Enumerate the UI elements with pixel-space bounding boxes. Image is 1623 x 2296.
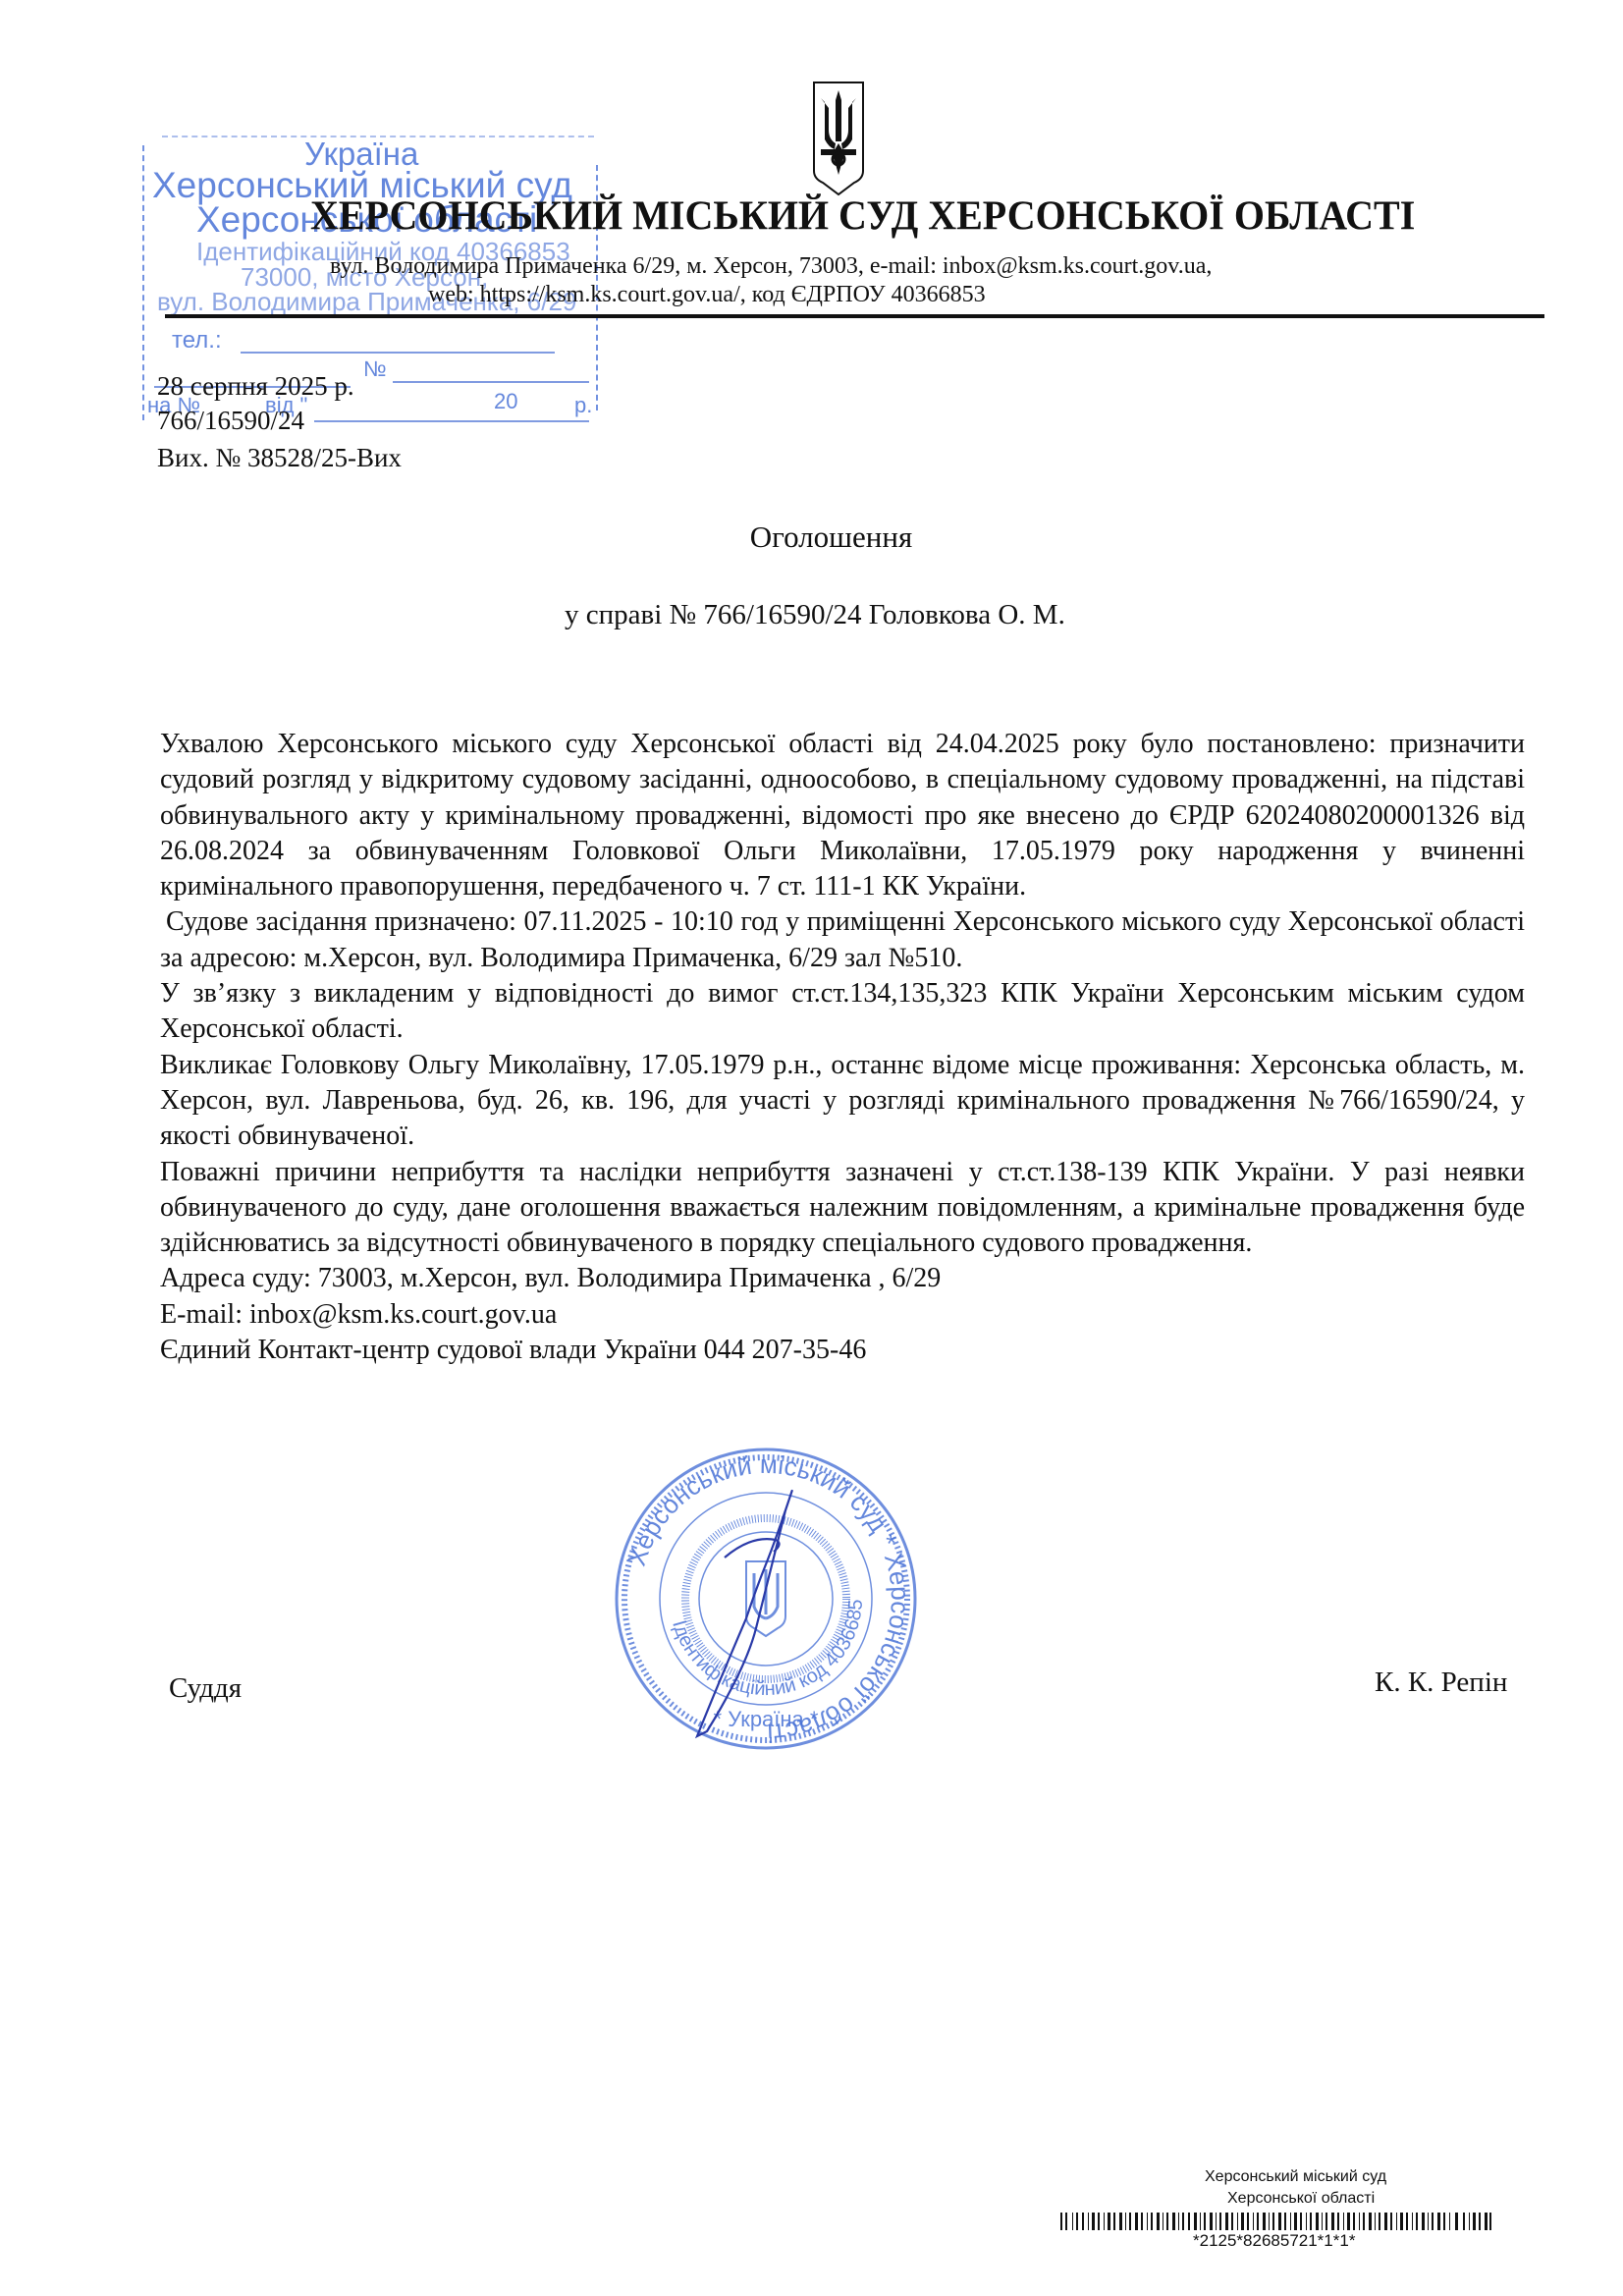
barcode-org-line1: Херсонський міський суд	[1205, 2168, 1386, 2186]
paragraph-hearing-date: Судове засідання призначено: 07.11.2025 …	[160, 904, 1525, 976]
paragraph-consequences: Поважні причини неприбуття та наслідки н…	[160, 1155, 1525, 1262]
coat-of-arms-icon	[811, 81, 866, 196]
paragraph-summons: Викликає Головкову Ольгу Миколаївну, 17.…	[160, 1048, 1525, 1155]
stamp-year-suffix: р.	[574, 393, 592, 418]
barcode-icon	[1060, 2213, 1492, 2230]
outgoing-date: 28 серпня 2025 р.	[157, 371, 354, 402]
case-number: 766/16590/24	[157, 406, 304, 436]
outgoing-number: Вих. № 38528/25-Вих	[157, 443, 402, 473]
announcement-body: Ухвалою Херсонського міського суду Херсо…	[160, 727, 1525, 1368]
court-seal-icon: Херсонський міський суд * Херсонської об…	[609, 1442, 923, 1756]
barcode-org-line2: Херсонської області	[1227, 2190, 1375, 2208]
paragraph-legal-basis: У зв’язку з викладеним у відповідності д…	[160, 976, 1525, 1048]
svg-text:* Україна *: * Україна *	[714, 1707, 819, 1731]
barcode-number: *2125*82685721*1*1*	[1193, 2231, 1355, 2251]
document-subtitle: у справі № 766/16590/24 Головкова О. М.	[565, 599, 1065, 631]
paragraph-ruling: Ухвалою Херсонського міського суду Херсо…	[160, 727, 1525, 904]
contact-address: Адреса суду: 73003, м.Херсон, вул. Волод…	[160, 1261, 1525, 1296]
contact-center: Єдиний Контакт-центр судової влади Украї…	[160, 1333, 1525, 1368]
court-address-line: вул. Володимира Примаченка 6/29, м. Херс…	[330, 253, 1212, 280]
court-web-line: web: https://ksm.ks.court.gov.ua/, код Є…	[428, 282, 986, 308]
document-title: Оголошення	[0, 519, 1623, 555]
court-name-heading: ХЕРСОНСЬКИЙ МІСЬКИЙ СУД ХЕРСОНСЬКОЇ ОБЛА…	[310, 191, 1400, 240]
header-divider	[165, 314, 1544, 318]
stamp-year-label: 20	[494, 389, 517, 414]
stamp-tel-label: тел.:	[172, 327, 222, 355]
judge-label: Суддя	[169, 1672, 242, 1705]
stamp-no-label: №	[363, 356, 387, 382]
judge-name: К. К. Репін	[1375, 1667, 1507, 1699]
contact-email: E-mail: inbox@ksm.ks.court.gov.ua	[160, 1297, 1525, 1333]
